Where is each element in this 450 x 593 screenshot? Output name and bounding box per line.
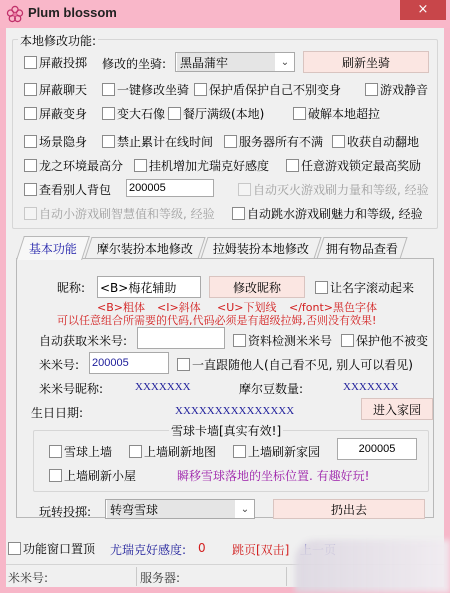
- status-divider: [136, 567, 137, 586]
- mount-label: 修改的坐骑:: [102, 55, 166, 72]
- status-mimi-label: 米米号:: [8, 569, 48, 586]
- jump-page-link[interactable]: 跳页[双击]: [232, 541, 289, 558]
- birthday-value: XXXXXXXXXXXXXXX: [175, 405, 294, 417]
- status-divider: [286, 567, 287, 586]
- checkbox-afk-yurike[interactable]: 挂机增加尤瑞克好感度: [134, 157, 269, 174]
- tab-lamu-dress[interactable]: 拉姆装扮本地修改: [200, 237, 321, 259]
- mount-select[interactable]: 黑晶蒲牢 ⌄: [175, 52, 295, 72]
- nickname-input[interactable]: <B>梅花辅助: [97, 276, 201, 298]
- local-modify-title: 本地修改功能:: [18, 32, 98, 49]
- checkbox-dragon-max-score[interactable]: 龙之环境最高分: [24, 157, 123, 174]
- view-bag-input[interactable]: 200005: [126, 179, 214, 197]
- modify-nickname-button[interactable]: 修改昵称: [209, 276, 305, 298]
- checkbox-block-throw[interactable]: 屏蔽投掷: [24, 54, 87, 71]
- checkbox-one-click-mount[interactable]: 一键修改坐骑: [102, 81, 189, 98]
- checkbox-game-mute[interactable]: 游戏静音: [365, 81, 428, 98]
- moledou-label: 摩尔豆数量:: [239, 380, 303, 397]
- enter-home-button[interactable]: 进入家园: [361, 398, 433, 420]
- checkbox-big-statue[interactable]: 变大石像: [102, 105, 165, 122]
- snowball-title: 雪球卡墙[真实有效!]: [169, 422, 283, 439]
- checkbox-block-transform[interactable]: 屏蔽变身: [24, 105, 87, 122]
- throw-label: 玩转投掷:: [39, 503, 91, 520]
- throw-select[interactable]: 转弯雪球 ⌄: [105, 499, 255, 519]
- yurike-label: 尤瑞克好感度:: [110, 541, 186, 558]
- checkbox-auto-mini-game[interactable]: 自动小游戏刷智慧值和等级, 经验: [24, 205, 215, 222]
- mimi-label: 米米号:: [39, 356, 79, 373]
- checkbox-block-chat[interactable]: 屏蔽聊天: [24, 81, 87, 98]
- checkbox-follow[interactable]: 一直跟随他人(自己看不见, 别人可以看见): [177, 356, 413, 373]
- plum-blossom-icon: [6, 5, 24, 23]
- checkbox-detect-mimi[interactable]: 资料检测米米号: [233, 332, 332, 349]
- title-bar: Plum blossom ×: [0, 0, 450, 28]
- yurike-value: 0: [198, 541, 206, 555]
- mimi-nick-label: 米米号昵称:: [39, 380, 103, 397]
- tab-mole-dress[interactable]: 摩尔装扮本地修改: [84, 237, 205, 259]
- snowball-home-input[interactable]: 200005: [337, 438, 417, 460]
- code-hint: 可以任意组合所需要的代码,代码必须是有超级拉姆,否则没有效果!: [57, 312, 376, 328]
- checkbox-shield-protect[interactable]: 保护盾保护自己不别变身: [194, 81, 341, 98]
- checkbox-wall-refresh-home[interactable]: 上墙刷新家园: [233, 443, 320, 460]
- checkbox-scroll-name[interactable]: 让名字滚动起来: [315, 279, 414, 296]
- refresh-mount-button[interactable]: 刷新坐骑: [303, 51, 429, 73]
- checkbox-scene-invisible[interactable]: 场景隐身: [24, 133, 87, 150]
- checkbox-server-not-full[interactable]: 服务器所有不满: [224, 133, 323, 150]
- window-client: 本地修改功能: 屏蔽投掷 修改的坐骑: 黑晶蒲牢 ⌄ 刷新坐骑 屏蔽聊天 一键修…: [6, 28, 444, 587]
- close-button[interactable]: ×: [400, 0, 446, 20]
- checkbox-lock-max-reward[interactable]: 任意游戏锁定最高奖励: [286, 157, 421, 174]
- tab-items-view[interactable]: 拥有物品查看: [316, 237, 407, 259]
- checkbox-window-topmost[interactable]: 功能窗口置顶: [8, 540, 95, 557]
- auto-get-mimi-label: 自动获取米米号:: [39, 332, 127, 349]
- checkbox-restaurant-max[interactable]: 餐厅满级(本地): [168, 105, 264, 122]
- mimi-nick-value: XXXXXXX: [135, 381, 191, 393]
- checkbox-crack-super-lamu[interactable]: 破解本地超拉: [293, 105, 380, 122]
- status-server-label: 服务器:: [140, 569, 180, 586]
- checkbox-protect-no-transform[interactable]: 保护他不被变: [341, 332, 428, 349]
- snowball-hint: 瞬移雪球落地的坐标位置. 有趣好玩!: [177, 467, 369, 484]
- window-title: Plum blossom: [28, 5, 117, 20]
- tab-panel-basic: 昵称: <B>梅花辅助 修改昵称 让名字滚动起来 <B>粗体 <I>斜体 <U>…: [16, 258, 434, 518]
- checkbox-view-bag[interactable]: 查看别人背包: [24, 181, 111, 198]
- birthday-label: 生日日期:: [31, 404, 83, 421]
- blurred-watermark: [295, 540, 450, 593]
- chevron-down-icon: ⌄: [236, 504, 254, 515]
- checkbox-auto-till[interactable]: 收获自动翻地: [332, 133, 419, 150]
- tab-basic[interactable]: 基本功能: [16, 236, 90, 260]
- close-icon: ×: [418, 2, 429, 17]
- checkbox-wall-refresh-house[interactable]: 上墙刷新小屋: [49, 467, 136, 484]
- chevron-down-icon: ⌄: [276, 57, 294, 68]
- mimi-input[interactable]: 200005: [89, 352, 169, 374]
- auto-get-mimi-input[interactable]: [137, 327, 225, 349]
- throw-button[interactable]: 扔出去: [273, 499, 425, 519]
- nickname-label: 昵称:: [57, 279, 85, 296]
- checkbox-auto-fire-game[interactable]: 自动灭火游戏刷力量和等级, 经验: [238, 181, 429, 198]
- checkbox-wall-refresh-map[interactable]: 上墙刷新地图: [129, 443, 216, 460]
- checkbox-snowball-wall[interactable]: 雪球上墙: [49, 443, 112, 460]
- moledou-value: XXXXXXX: [343, 381, 399, 393]
- checkbox-auto-dive-game[interactable]: 自动跳水游戏刷魅力和等级, 经验: [232, 205, 423, 222]
- checkbox-no-online-time[interactable]: 禁止累计在线时间: [102, 133, 213, 150]
